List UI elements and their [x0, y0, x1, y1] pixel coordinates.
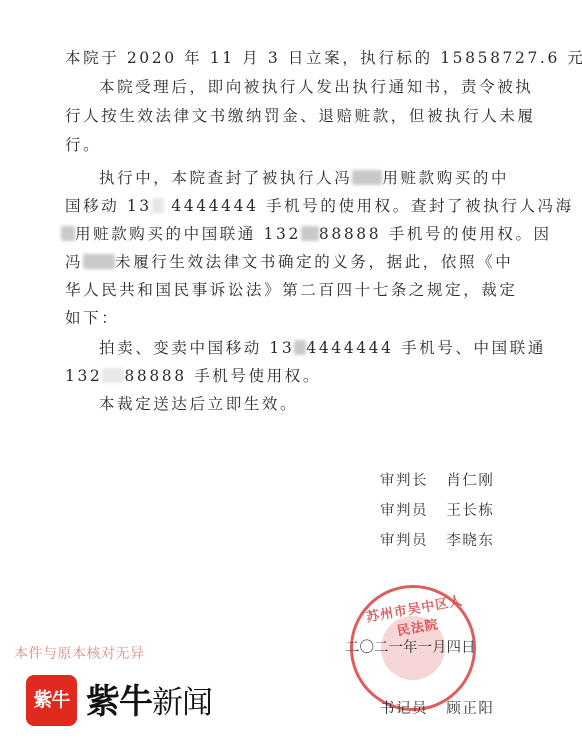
redacted-digits [294, 340, 306, 355]
text: 冯 [65, 253, 83, 271]
redacted-name [61, 226, 75, 241]
text: 132 [65, 367, 102, 385]
redacted-digits [301, 226, 319, 241]
signature-judge: 审判员 王长栋 [380, 499, 494, 520]
case-filing-line: 本院于 2020 年 11 月 3 日立案，执行标的 15858727.6 元。 [65, 48, 582, 68]
name: 王长栋 [446, 503, 494, 519]
clerk-signature: 书记员 顾正阳 [380, 697, 494, 718]
text: 国移动 13 [65, 197, 152, 215]
redacted-name [83, 254, 115, 269]
paragraph-line: 冯未履行生效法律文书确定的义务，据此，依照《中 [65, 252, 513, 272]
text: 用赃款购买的中 [382, 169, 509, 187]
copy-verification-note: 本件与原本核对无异 [14, 643, 145, 663]
redacted-name [352, 170, 382, 185]
paragraph-line: 国移动 13 4444444 手机号的使用权。查封了被执行人冯海 [65, 196, 574, 216]
redacted-digits [152, 198, 164, 213]
name: 李晓东 [446, 533, 494, 549]
paragraph-line: 执行中，本院查封了被执行人冯用赃款购买的中 [99, 168, 509, 188]
name: 顾正阳 [446, 701, 494, 717]
text: 执行中，本院查封了被执行人冯 [99, 169, 352, 187]
paragraph-line: 行。 [65, 135, 101, 155]
brand: 紫牛 [86, 682, 152, 722]
ruling-line: 13288888 手机号使用权。 [65, 366, 321, 386]
paragraph-line: 本院受理后，即向被执行人发出执行通知书，责令被执 [99, 77, 533, 97]
role: 审判员 [380, 533, 428, 549]
brand-suffix: 新闻 [152, 685, 212, 721]
effective-line: 本裁定送达后立即生效。 [99, 394, 298, 414]
ziniu-logo-icon: 紫牛 [26, 675, 77, 726]
text: 88888 手机号的使用权。因 [319, 225, 552, 243]
text: 用赃款购买的中国联通 132 [75, 225, 301, 243]
role: 书记员 [380, 701, 428, 717]
redacted-digits [102, 368, 124, 383]
text: 拍卖、变卖中国移动 13 [99, 339, 294, 357]
text: 未履行生效法律文书确定的义务，据此，依照《中 [115, 253, 513, 271]
text: 88888 手机号使用权。 [124, 367, 321, 385]
role: 审判员 [380, 503, 428, 519]
role: 审判长 [380, 473, 428, 489]
signature-judge: 审判员 李晓东 [380, 529, 494, 550]
ziniu-news-wordmark: 紫牛新闻 [86, 674, 212, 723]
text: 4444444 手机号的使用权。查封了被执行人冯海 [171, 197, 573, 215]
name: 肖仁刚 [446, 473, 494, 489]
ruling-line: 拍卖、变卖中国移动 134444444 手机号、中国联通 [99, 338, 546, 358]
paragraph-line: 用赃款购买的中国联通 13288888 手机号的使用权。因 [65, 224, 552, 244]
paragraph-line: 华人民共和国民事诉讼法》第二百四十七条之规定，裁定 [65, 280, 518, 300]
signature-chief-judge: 审判长 肖仁刚 [380, 469, 494, 490]
text: 4444444 手机号、中国联通 [306, 339, 546, 357]
paragraph-line: 如下： [65, 308, 119, 328]
paragraph-line: 行人按生效法律文书缴纳罚金、退赔赃款，但被执行人未履 [65, 106, 536, 126]
ruling-date: 二〇二一年一月四日 [345, 636, 476, 657]
